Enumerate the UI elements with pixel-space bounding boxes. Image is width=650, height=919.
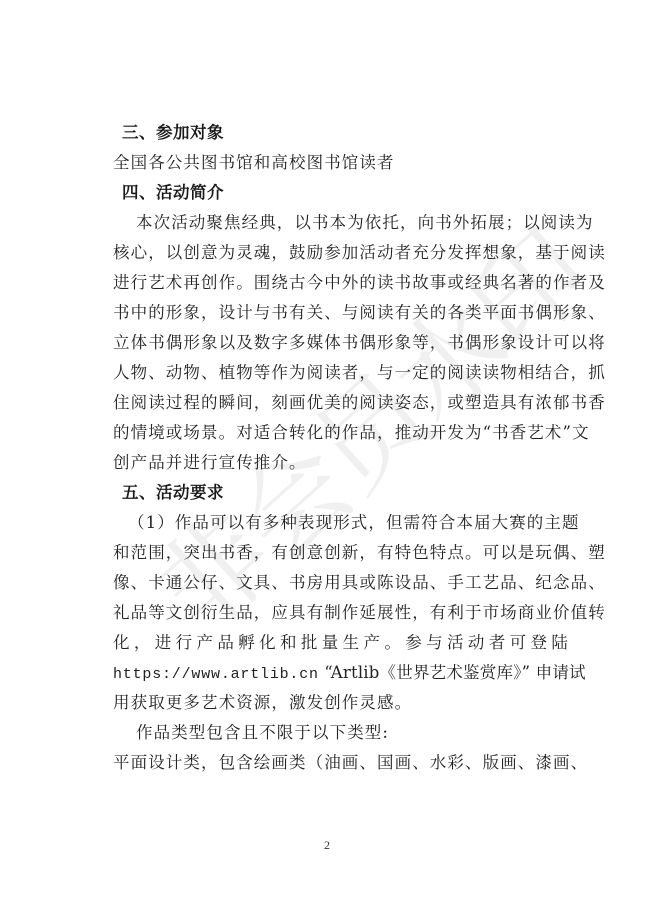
paragraph-line: 全国各公共图书馆和高校图书馆读者: [113, 148, 569, 178]
paragraph-line: 像、卡通公仔、文具、书房用具或陈设品、手工艺品、纪念品、: [113, 568, 569, 598]
paragraph-line: 人物、动物、植物等作为阅读者，与一定的阅读读物相结合，抓: [113, 358, 569, 388]
section-heading-participants: 三、参加对象: [122, 118, 578, 148]
section-heading-introduction: 四、活动简介: [122, 178, 578, 208]
document-page: 非会员水印 三、参加对象 全国各公共图书馆和高校图书馆读者 四、活动简介 本次活…: [0, 0, 650, 919]
page-number: 2: [321, 838, 333, 853]
paragraph-line: 的情境或场景。对适合转化的作品，推动开发为“书香艺术”文: [113, 418, 569, 448]
paragraph-line: 创产品并进行宣传推介。: [113, 448, 569, 478]
paragraph-line: 住阅读过程的瞬间，刻画优美的阅读姿态，或塑造具有浓郁书香: [113, 388, 569, 418]
paragraph-line: 平面设计类，包含绘画类（油画、国画、水彩、版画、漆画、: [113, 748, 569, 778]
paragraph-text: “Artlib《世界艺术鉴赏库》” 申请试: [319, 663, 586, 682]
section-heading-requirements: 五、活动要求: [122, 478, 578, 508]
paragraph-line: 核心，以创意为灵魂，鼓励参加活动者充分发挥想象，基于阅读: [113, 238, 569, 268]
artlib-url-link[interactable]: https://www.artlib.cn: [113, 666, 319, 683]
paragraph-line-with-url: https://www.artlib.cn “Artlib《世界艺术鉴赏库》” …: [113, 658, 569, 688]
paragraph-line: 用获取更多艺术资源，激发创作灵感。: [113, 688, 569, 718]
paragraph-line: 作品类型包含且不限于以下类型:: [136, 718, 592, 748]
paragraph-line: 化，进行产品孵化和批量生产。参与活动者可登陆: [113, 628, 569, 658]
paragraph-line: 本次活动聚焦经典，以书本为依托，向书外拓展；以阅读为: [136, 208, 569, 238]
paragraph-line: 和范围，突出书香，有创意创新，有特色特点。可以是玩偶、塑: [113, 538, 569, 568]
paragraph-line: （1）作品可以有多种表现形式，但需符合本届大赛的主题: [128, 508, 569, 538]
paragraph-line: 立体书偶形象以及数字多媒体书偶形象等，书偶形象设计可以将: [113, 328, 569, 358]
paragraph-line: 进行艺术再创作。围绕古今中外的读书故事或经典名著的作者及: [113, 268, 569, 298]
paragraph-line: 礼品等文创衍生品，应具有制作延展性，有利于市场商业价值转: [113, 598, 569, 628]
paragraph-line: 书中的形象，设计与书有关、与阅读有关的各类平面书偶形象、: [113, 298, 569, 328]
